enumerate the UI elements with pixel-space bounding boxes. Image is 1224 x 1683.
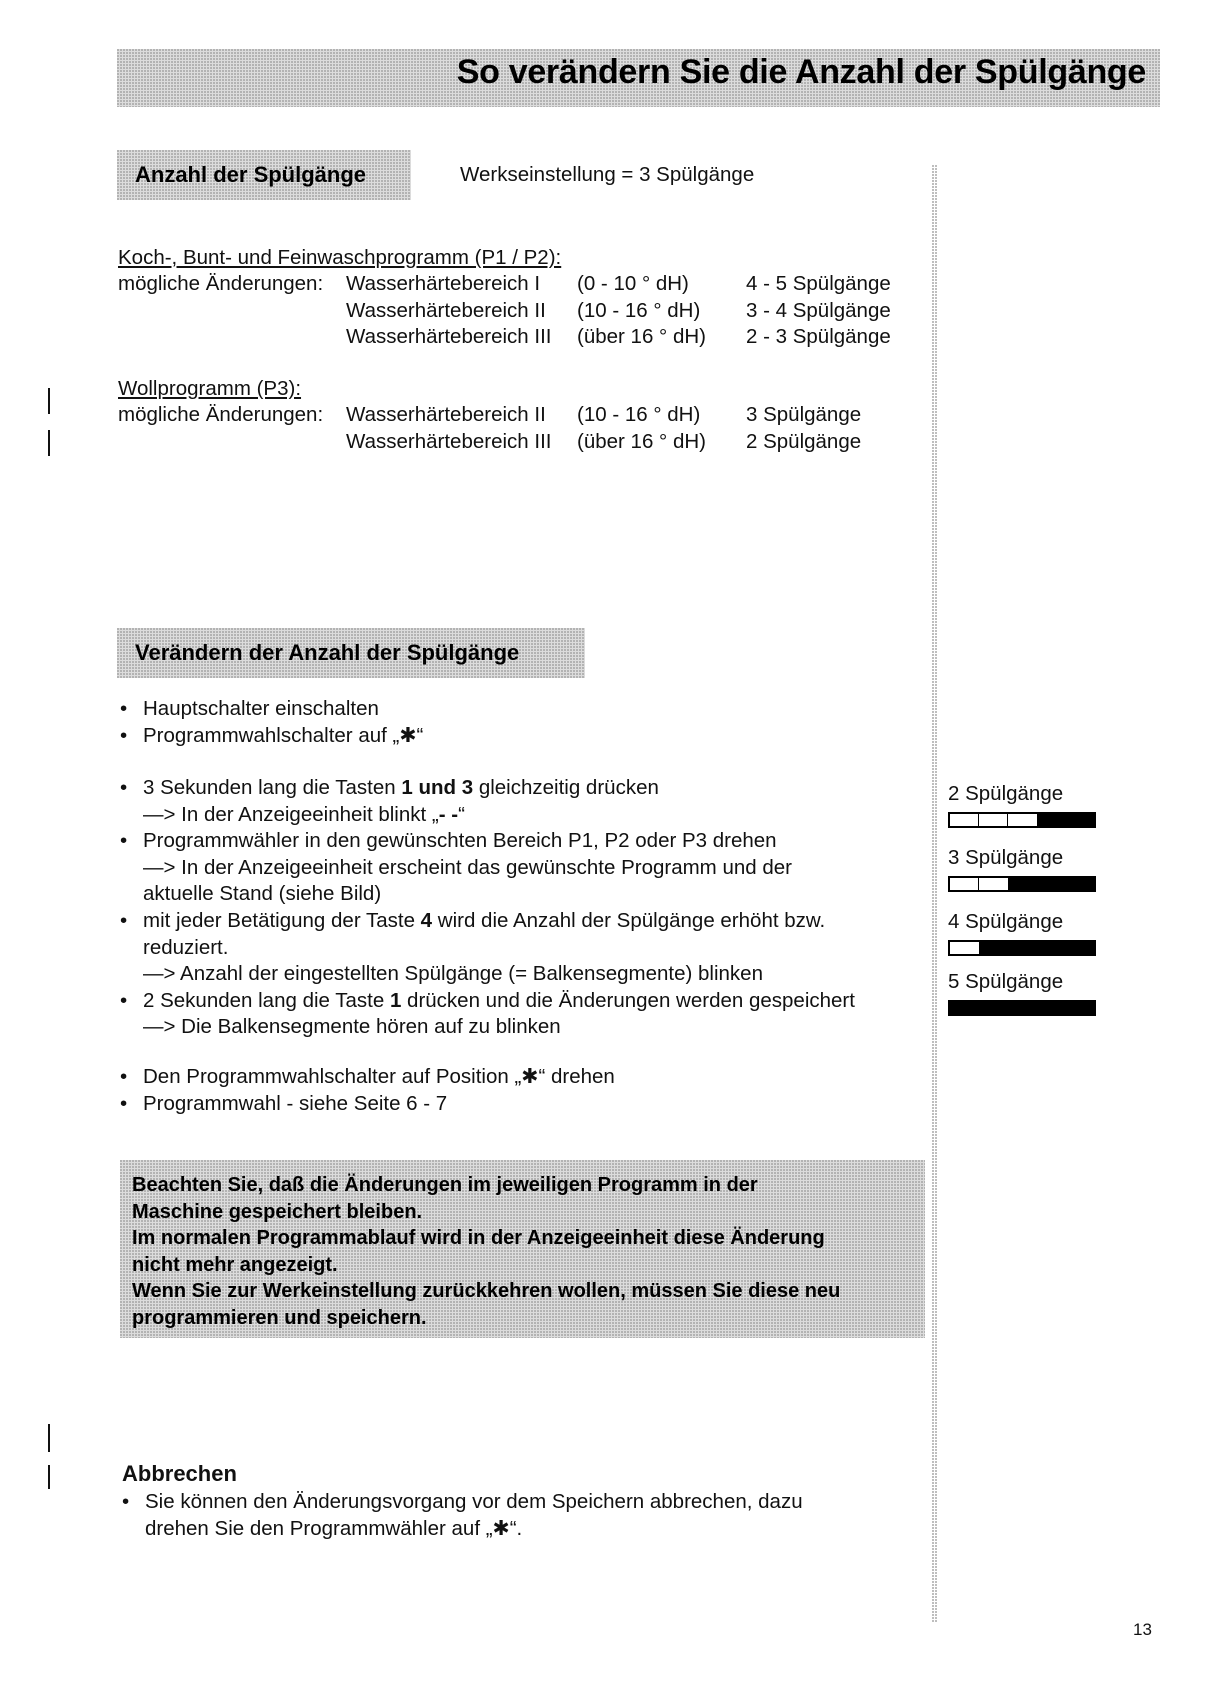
hardness-value: (0 - 10 ° dH) [577, 271, 689, 298]
group-heading: Wollprogramm (P3): [118, 376, 301, 403]
bar-segment [979, 878, 1008, 890]
step-text: Programmwähler in den gewünschten Bereic… [143, 829, 777, 852]
change-bar [48, 430, 50, 456]
step-list: Hauptschalter einschaltenProgrammwahlsch… [120, 696, 423, 749]
step-text: drücken und die Änderungen werden gespei… [401, 989, 855, 1012]
bar-segment [1036, 1002, 1065, 1014]
bar-segment [1008, 1002, 1037, 1014]
note-line: Maschine gespeichert bleiben. [132, 1199, 840, 1226]
hardness-range: Wasserhärtebereich III [346, 429, 551, 456]
rinse-option-label: 4 Spülgänge [948, 910, 1063, 934]
step-text: —> In der Anzeigeeinheit blinkt „ [143, 803, 439, 826]
change-bar [48, 388, 50, 414]
step-continuation: aktuelle Stand (siehe Bild) [120, 881, 855, 908]
asterisk-symbol: ✱ [493, 1517, 510, 1540]
rinse-count: 4 - 5 Spülgänge [746, 271, 891, 298]
hardness-range: Wasserhärtebereich II [346, 402, 546, 429]
step-continuation: reduziert. [120, 935, 855, 962]
step-text: —> Anzahl der eingestellten Spülgänge (=… [143, 962, 763, 985]
bar-segment [950, 878, 979, 890]
step-item: Den Programmwahlschalter auf Position „✱… [120, 1064, 615, 1091]
step-result: —> Die Balkensegmente hören auf zu blink… [120, 1014, 855, 1041]
page-title: So verändern Sie die Anzahl der Spülgäng… [457, 53, 1146, 92]
step-item: Hauptschalter einschalten [120, 696, 423, 723]
bar-segment [980, 942, 1009, 954]
step-text: “ [458, 803, 465, 826]
hardness-value: (über 16 ° dH) [577, 324, 706, 351]
rinse-option-label: 2 Spülgänge [948, 782, 1063, 806]
step-key: 1 [390, 989, 401, 1012]
step-text: Den Programmwahlschalter auf Position „ [143, 1065, 521, 1088]
bar-segment [1037, 878, 1065, 890]
note-line: programmieren und speichern. [132, 1305, 840, 1332]
step-result: —> Anzahl der eingestellten Spülgänge (=… [120, 961, 855, 988]
step-text: Programmwahlschalter auf „ [143, 724, 399, 747]
note-text: Beachten Sie, daß die Änderungen im jewe… [132, 1172, 840, 1331]
rinse-count: 2 Spülgänge [746, 429, 861, 456]
step-text: “ [417, 724, 424, 747]
step-list: 3 Sekunden lang die Tasten 1 und 3 gleic… [120, 775, 855, 1041]
bar-segment [1037, 942, 1066, 954]
step-result: —> In der Anzeigeeinheit erscheint das g… [120, 855, 855, 882]
note-box: Beachten Sie, daß die Änderungen im jewe… [120, 1160, 925, 1338]
note-line: Beachten Sie, daß die Änderungen im jewe… [132, 1172, 840, 1199]
step-text: Hauptschalter einschalten [143, 697, 379, 720]
step-text: aktuelle Stand (siehe Bild) [143, 882, 381, 905]
segment-bar [948, 1000, 1096, 1016]
section-heading: Anzahl der Spülgänge [135, 162, 366, 188]
step-key: 1 und 3 [401, 776, 473, 799]
section-heading: Verändern der Anzahl der Spülgänge [135, 640, 519, 666]
bar-segment [1008, 942, 1037, 954]
cancel-text: Sie können den Änderungsvorgang vor dem … [122, 1489, 1224, 1542]
step-item: mit jeder Betätigung der Taste 4 wird di… [120, 908, 855, 935]
group-heading: Koch-, Bunt- und Feinwaschprogramm (P1 /… [118, 245, 561, 272]
step-text: —> Die Balkensegmente hören auf zu blink… [143, 1015, 561, 1038]
factory-setting: Werkseinstellung = 3 Spülgänge [460, 162, 754, 189]
section-heading-box: Verändern der Anzahl der Spülgänge [117, 628, 585, 678]
note-line: Wenn Sie zur Werkeinstellung zurückkehre… [132, 1278, 840, 1305]
column-divider [932, 165, 938, 1623]
step-text: reduziert. [143, 936, 228, 959]
change-bar [48, 1465, 50, 1489]
hardness-range: Wasserhärtebereich I [346, 271, 540, 298]
hardness-value: (10 - 16 ° dH) [577, 298, 700, 325]
rinse-count: 3 Spülgänge [746, 402, 861, 429]
bar-segment [950, 814, 979, 826]
page-number: 13 [1133, 1620, 1152, 1640]
bar-segment [979, 1002, 1008, 1014]
rinse-count: 3 - 4 Spülgänge [746, 298, 891, 325]
bar-segment [1065, 942, 1094, 954]
bar-segment [979, 814, 1008, 826]
bar-segment [1066, 814, 1094, 826]
step-key: ✱ [399, 724, 416, 747]
step-text: mit jeder Betätigung der Taste [143, 909, 421, 932]
hardness-range: Wasserhärtebereich III [346, 324, 551, 351]
segment-bar [948, 812, 1096, 828]
hardness-range: Wasserhärtebereich II [346, 298, 546, 325]
cancel-line-1: Sie können den Änderungsvorgang vor dem … [145, 1490, 803, 1513]
bar-segment [1065, 1002, 1094, 1014]
note-line: nicht mehr angezeigt. [132, 1252, 840, 1279]
bar-segment [1009, 878, 1037, 890]
step-text: Programmwahl - siehe Seite 6 - 7 [143, 1092, 447, 1115]
step-key: ✱ [521, 1065, 538, 1088]
step-list: Den Programmwahlschalter auf Position „✱… [120, 1064, 615, 1117]
step-text: 2 Sekunden lang die Taste [143, 989, 390, 1012]
step-item: Programmwahlschalter auf „✱“ [120, 723, 423, 750]
segment-bar [948, 876, 1096, 892]
step-item: 2 Sekunden lang die Taste 1 drücken und … [120, 988, 855, 1015]
change-bar [48, 1424, 50, 1452]
hardness-value: (10 - 16 ° dH) [577, 402, 700, 429]
step-text: wird die Anzahl der Spülgänge erhöht bzw… [432, 909, 825, 932]
segment-bar [948, 940, 1096, 956]
bar-segment [1038, 814, 1066, 826]
step-key: 4 [421, 909, 432, 932]
changes-label: mögliche Änderungen: [118, 402, 323, 429]
rinse-option-label: 3 Spülgänge [948, 846, 1063, 870]
step-key: - - [439, 803, 458, 826]
section-heading-box: Anzahl der Spülgänge [117, 150, 411, 200]
bar-segment [1066, 878, 1094, 890]
step-text: “ drehen [538, 1065, 614, 1088]
step-text: gleichzeitig drücken [473, 776, 659, 799]
rinse-count: 2 - 3 Spülgänge [746, 324, 891, 351]
note-line: Im normalen Programmablauf wird in der A… [132, 1225, 840, 1252]
step-text: 3 Sekunden lang die Tasten [143, 776, 401, 799]
changes-label: mögliche Änderungen: [118, 271, 323, 298]
step-item: Programmwähler in den gewünschten Bereic… [120, 828, 855, 855]
step-item: 3 Sekunden lang die Tasten 1 und 3 gleic… [120, 775, 855, 802]
rinse-option-label: 5 Spülgänge [948, 970, 1063, 994]
step-text: —> In der Anzeigeeinheit erscheint das g… [143, 856, 792, 879]
step-item: Programmwahl - siehe Seite 6 - 7 [120, 1091, 615, 1118]
bar-segment [1008, 814, 1037, 826]
cancel-heading: Abbrechen [122, 1461, 237, 1487]
step-result: —> In der Anzeigeeinheit blinkt „- -“ [120, 802, 855, 829]
bar-segment [950, 942, 980, 954]
title-banner: So verändern Sie die Anzahl der Spülgäng… [117, 49, 1160, 107]
hardness-value: (über 16 ° dH) [577, 429, 706, 456]
bar-segment [950, 1002, 979, 1014]
